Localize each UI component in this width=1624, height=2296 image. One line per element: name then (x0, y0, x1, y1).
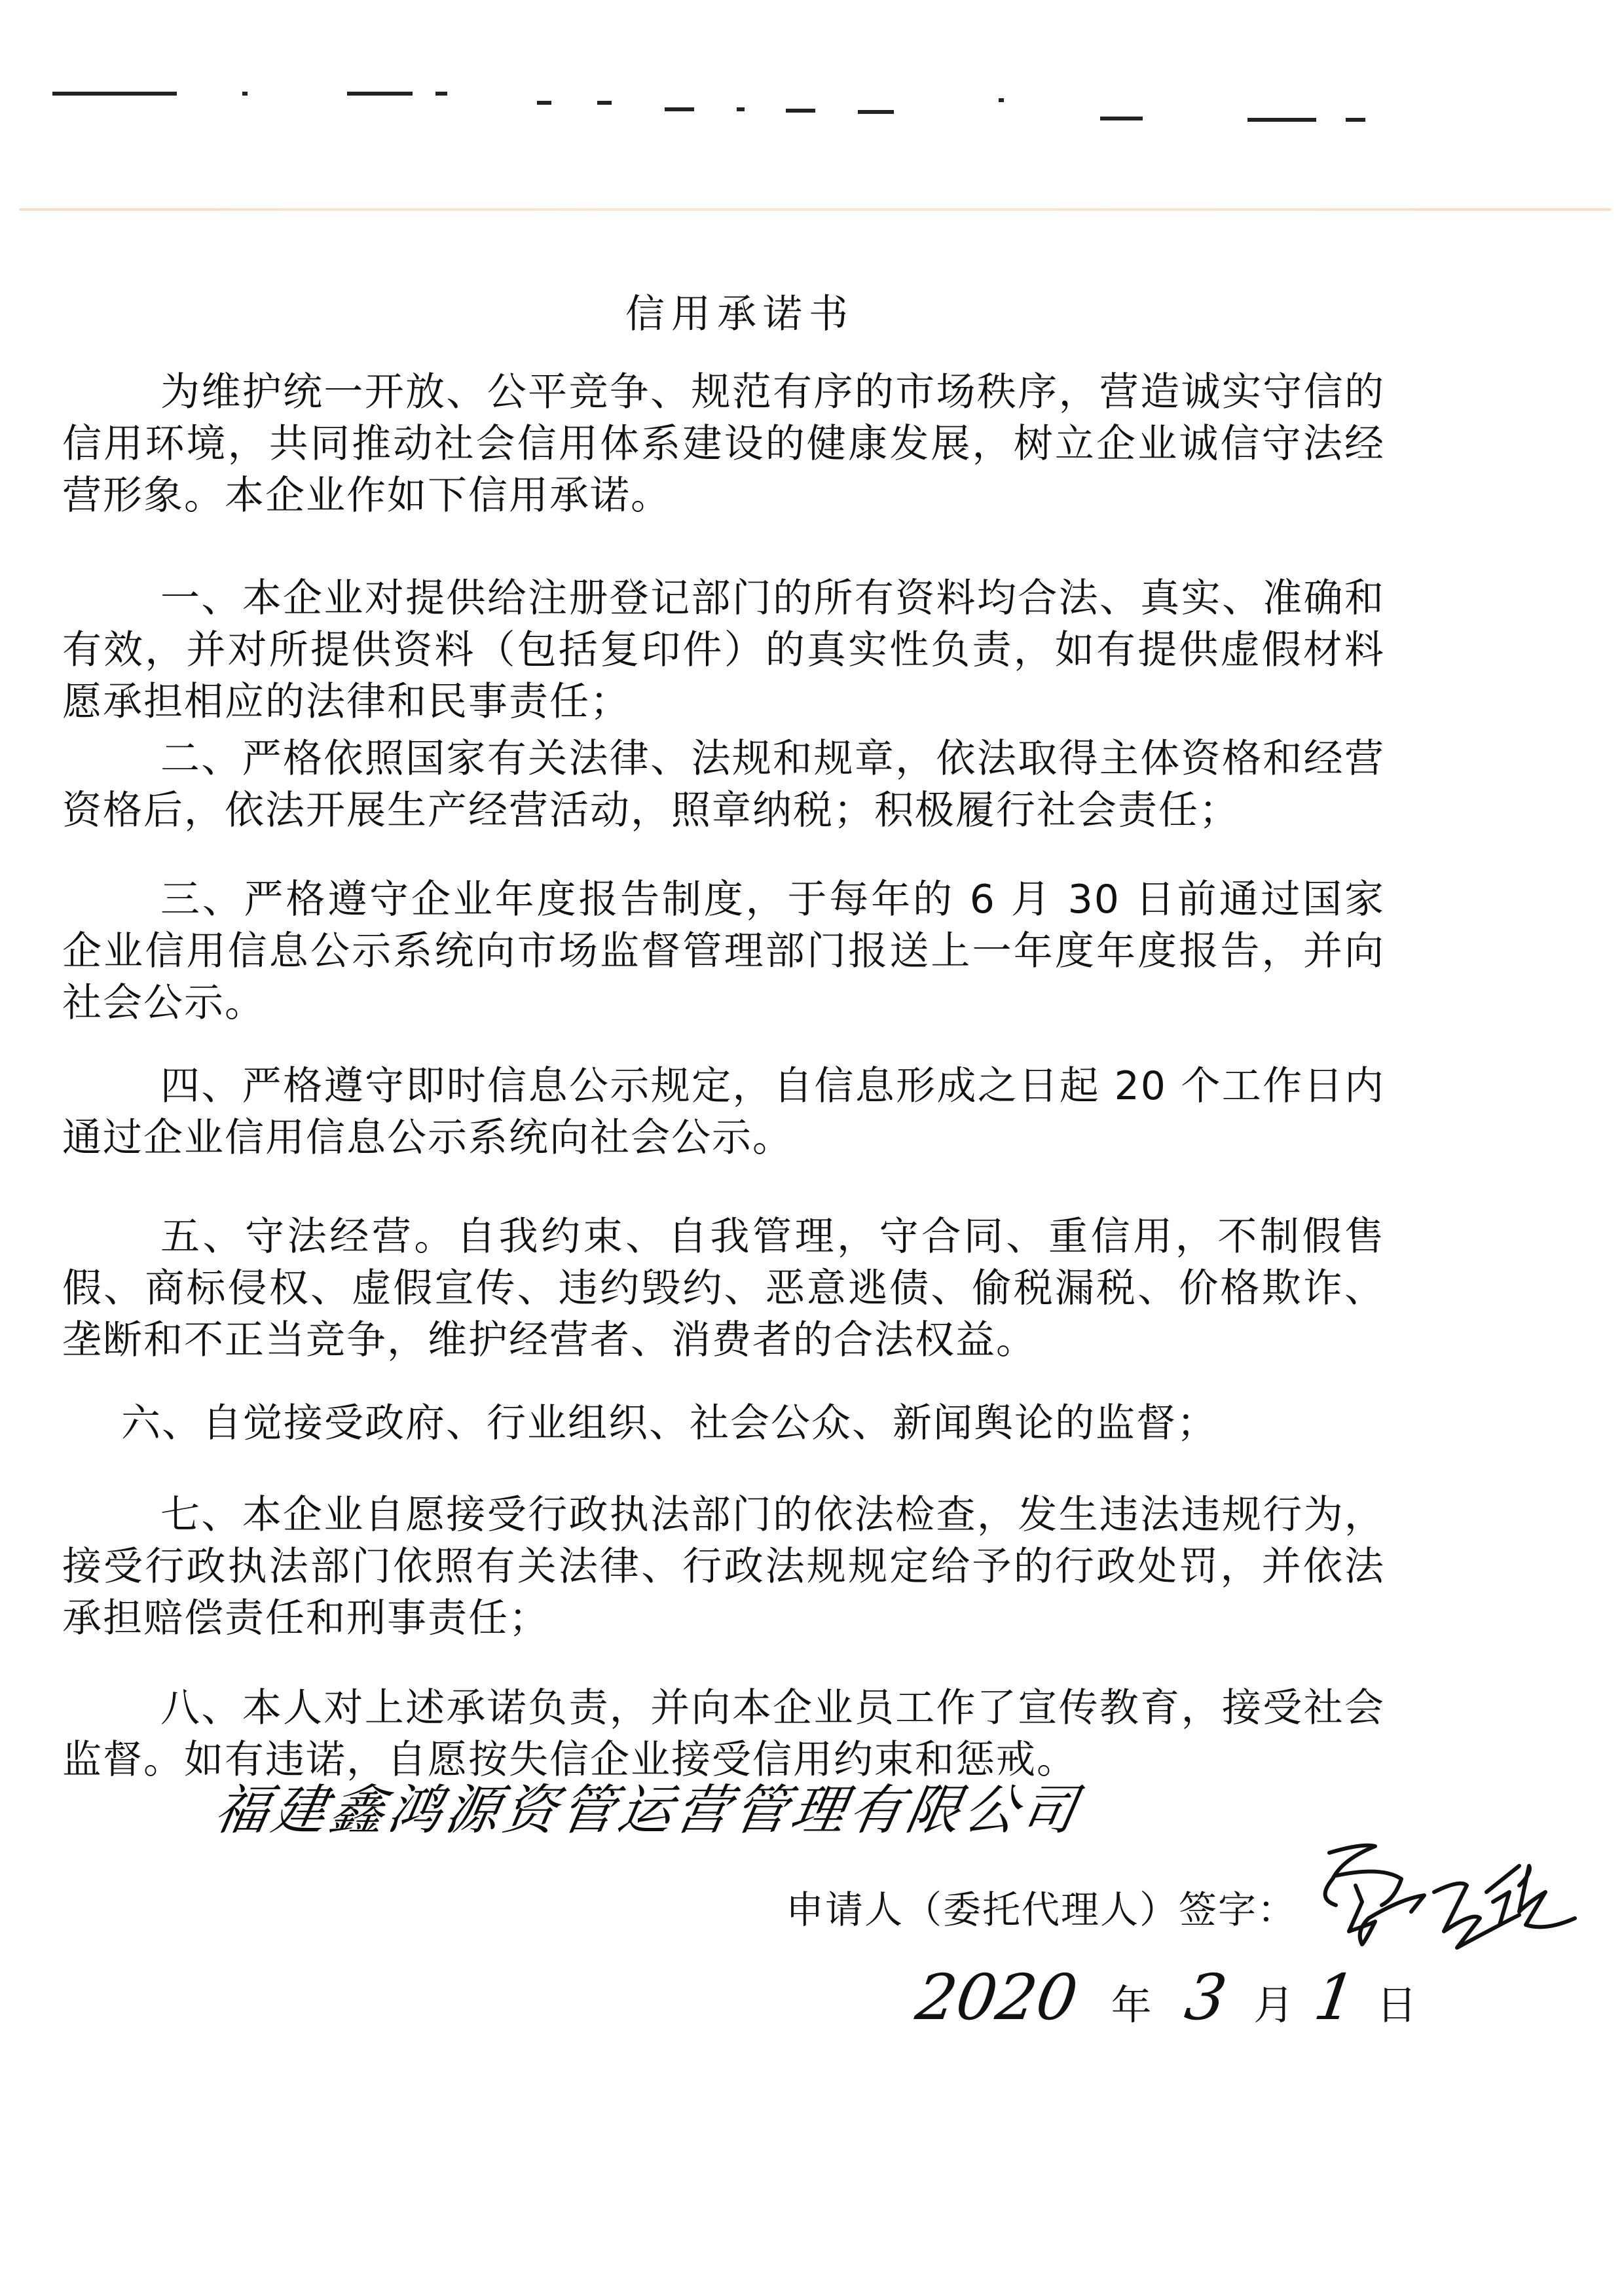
document-title: 信用承诺书 (625, 288, 855, 340)
signature-label: 申请人（委托代理人）签字： (786, 1879, 1297, 1934)
date-year-unit: 年 (1111, 1981, 1152, 2029)
handwritten-signature (1303, 1827, 1591, 1958)
date-line: 2020 年 3 月 1 日 (917, 1961, 1437, 2034)
commitment-3: 三、严格遵守企业年度报告制度，于每年的 6 月 30 日前通过国家企业信用信息公… (62, 874, 1385, 1029)
date-day: 1 (1310, 1961, 1361, 2034)
date-year: 2020 (912, 1961, 1082, 2034)
handwritten-company-name: 福建鑫鸿源资管运营管理有限公司 (210, 1768, 1088, 1844)
commitment-4: 四、严格遵守即时信息公示规定，自信息形成之日起 20 个工作日内通过企业信用信息… (62, 1061, 1385, 1164)
commitment-5: 五、守法经营。自我约束、自我管理，守合同、重信用，不制假售假、商标侵权、虚假宣传… (62, 1211, 1385, 1366)
date-day-unit: 日 (1376, 1981, 1417, 2029)
commitment-7: 七、本企业自愿接受行政执法部门的依法检查，发生违法违规行为，接受行政执法部门依照… (62, 1489, 1385, 1645)
scan-fold-line (20, 208, 1611, 211)
commitment-1: 一、本企业对提供给注册登记部门的所有资料均合法、真实、准确和有效，并对所提供资料… (62, 573, 1385, 728)
preamble-paragraph: 为维护统一开放、公平竞争、规范有序的市场秩序，营造诚实守信的信用环境，共同推动社… (62, 367, 1385, 522)
commitment-2: 二、严格依照国家有关法律、法规和规章，依法取得主体资格和经营资格后，依法开展生产… (62, 733, 1385, 837)
commitment-6: 六、自觉接受政府、行业组织、社会公众、新闻舆论的监督； (62, 1398, 1385, 1449)
date-month-unit: 月 (1253, 1981, 1294, 2029)
date-month: 3 (1181, 1961, 1231, 2034)
scan-header-artifacts (0, 92, 1624, 118)
